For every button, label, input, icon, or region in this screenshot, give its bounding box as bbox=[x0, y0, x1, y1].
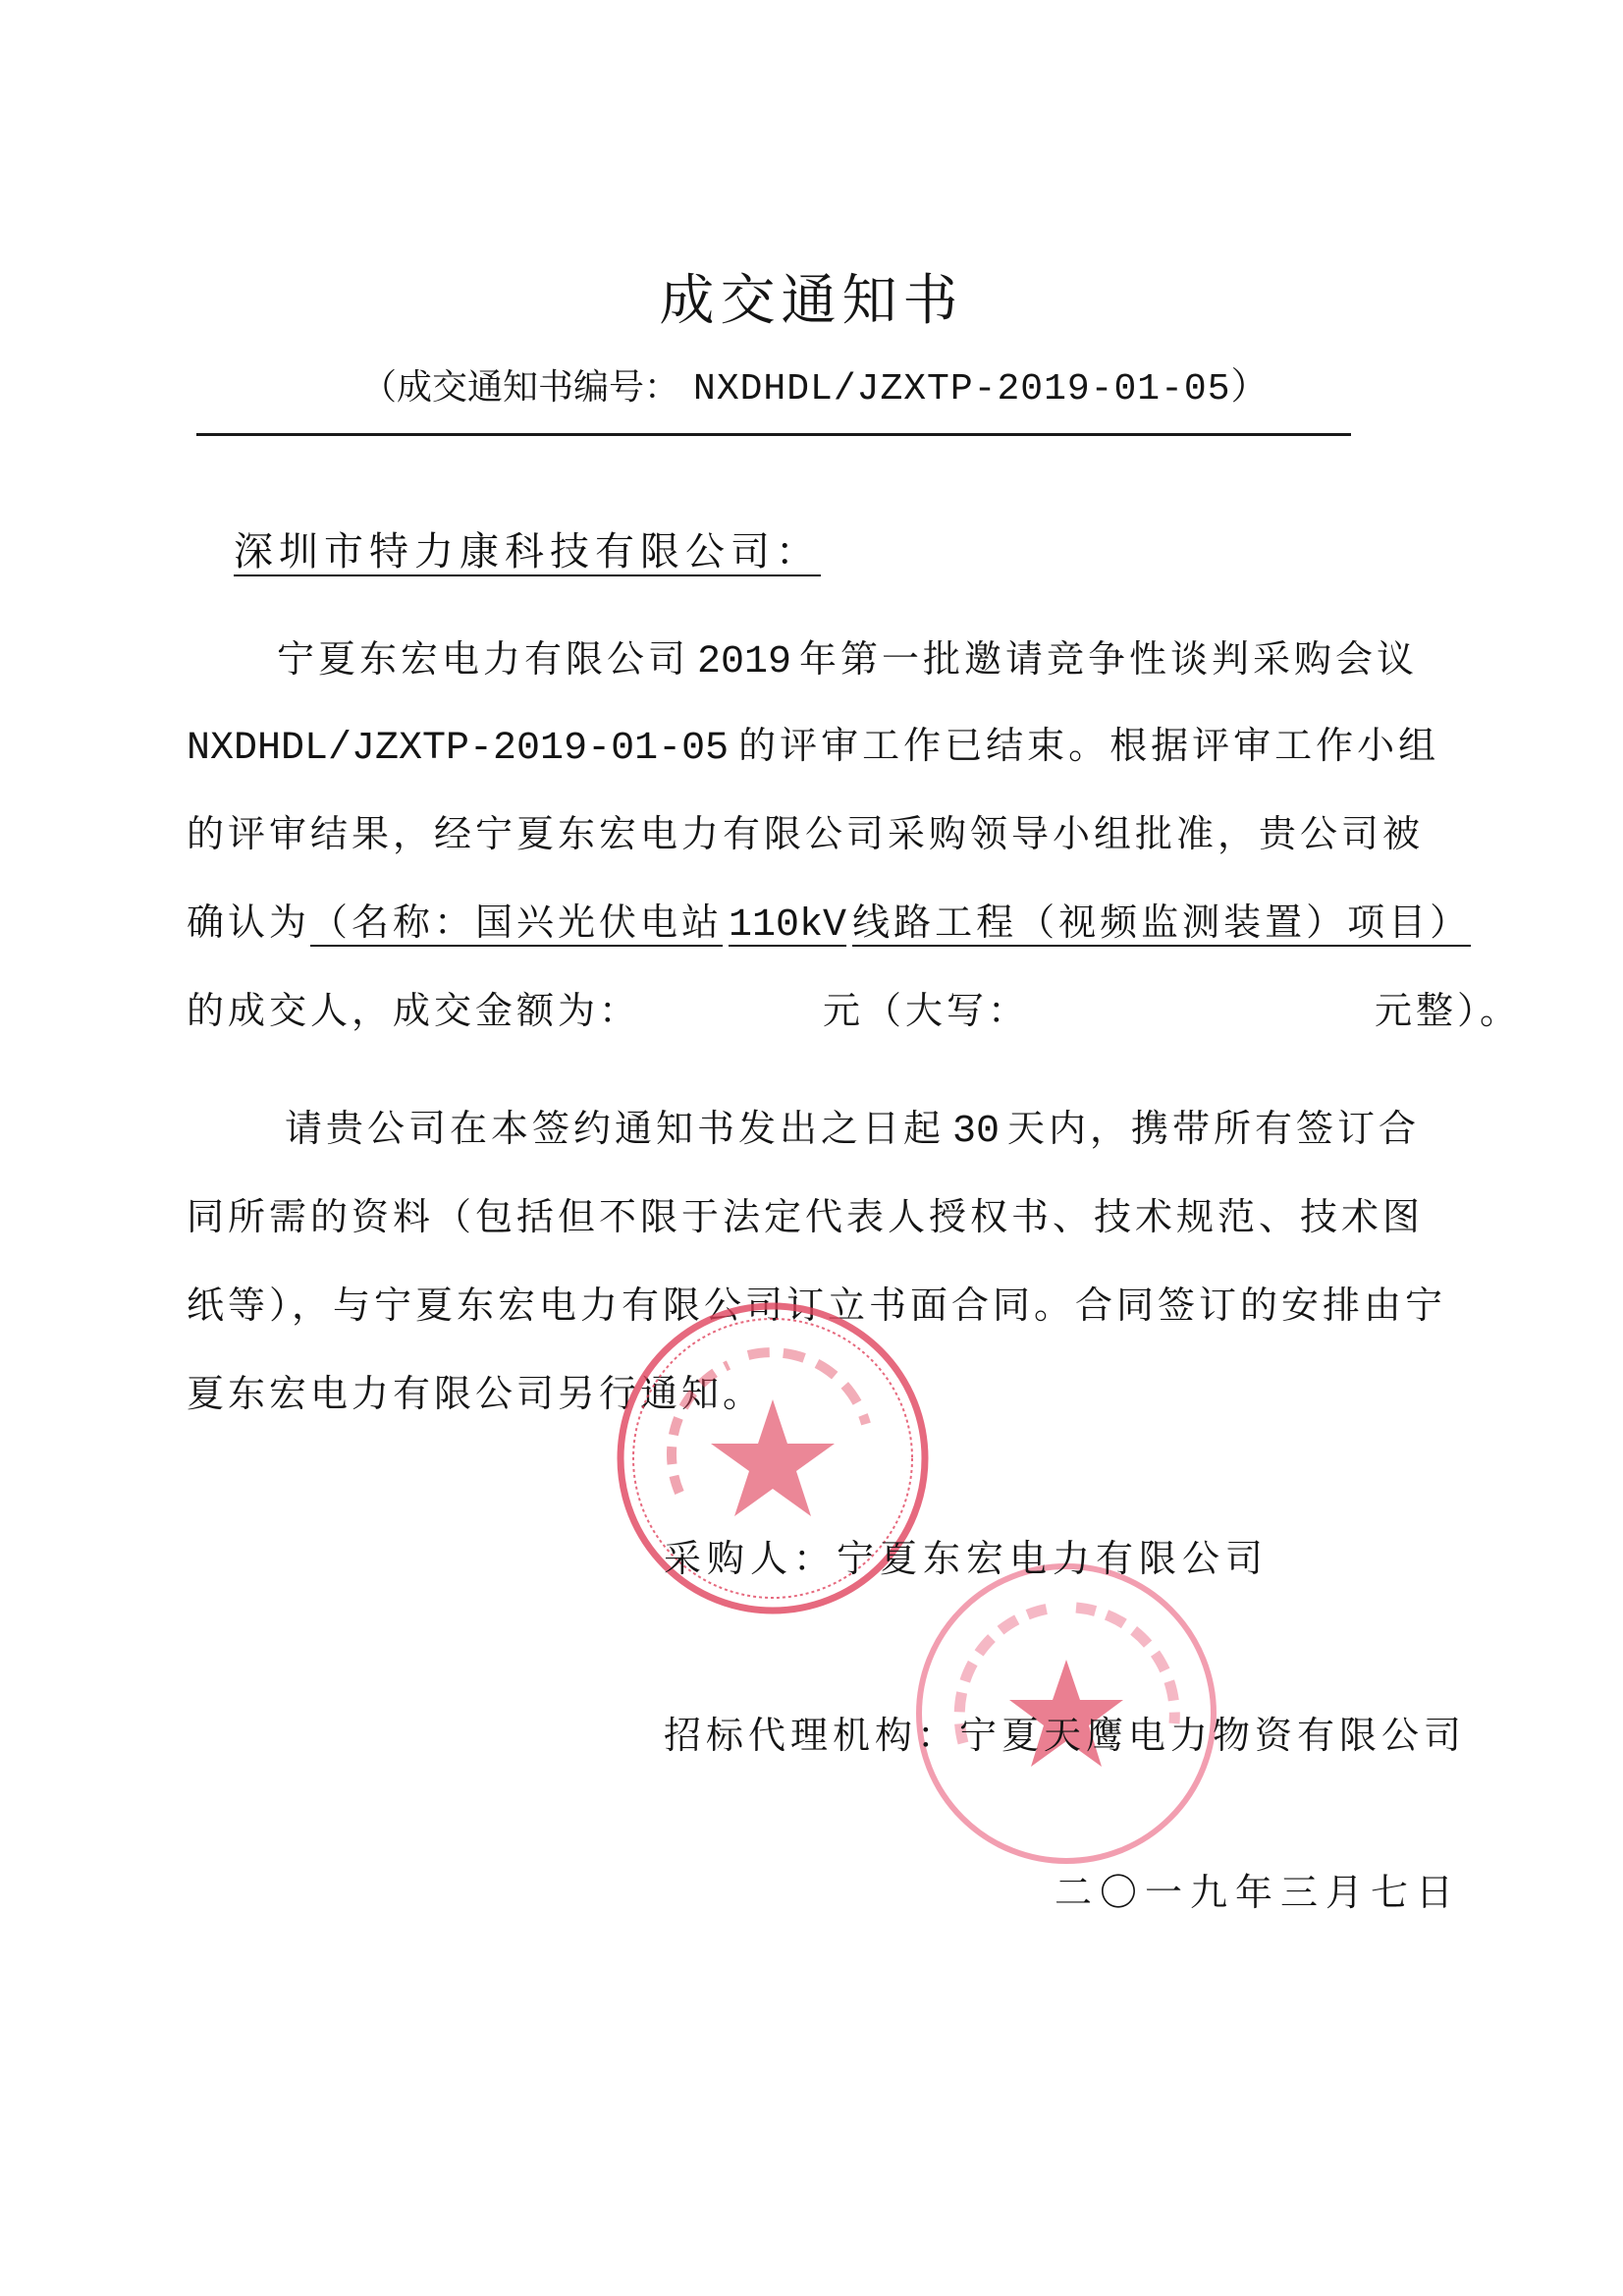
document-page: 成交通知书 （成交通知书编号：NXDHDL/JZXTP-2019-01-05） … bbox=[0, 0, 1623, 2296]
paragraph2-line1: 请贵公司在本签约通知书发出之日起30天内，携带所有签订合 bbox=[285, 1098, 1420, 1154]
document-number-value: NXDHDL/JZXTP-2019-01-05） bbox=[693, 368, 1270, 410]
document-number: （成交通知书编号：NXDHDL/JZXTP-2019-01-05） bbox=[361, 355, 1270, 410]
paragraph1-line3: 的评审结果，经宁夏东宏电力有限公司采购领导小组批准，贵公司被 bbox=[187, 803, 1424, 857]
paragraph2-line2: 同所需的资料（包括但不限于法定代表人授权书、技术规范、技术图 bbox=[187, 1186, 1424, 1240]
document-number-label: （成交通知书编号： bbox=[361, 367, 679, 408]
paragraph2-line3: 纸等），与宁夏东宏电力有限公司订立书面合同。合同签订的安排由宁 bbox=[187, 1275, 1446, 1329]
header-divider bbox=[196, 433, 1351, 436]
paragraph1-line2: NXDHDL/JZXTP-2019-01-05的评审工作已结束。根据评审工作小组 bbox=[187, 715, 1439, 771]
agent-signature: 招标代理机构：宁夏天鹰电力物资有限公司 bbox=[664, 1705, 1466, 1759]
addressee: 深圳市特力康科技有限公司： bbox=[234, 520, 821, 576]
paragraph1-line4: 确认为（名称：国兴光伏电站110kV线路工程（视频监测装置）项目） bbox=[187, 892, 1471, 948]
paragraph1-line1: 宁夏东宏电力有限公司2019年第一批邀请竞争性谈判采购会议 bbox=[277, 629, 1418, 684]
issue-date: 二〇一九年三月七日 bbox=[1055, 1862, 1461, 1916]
purchaser-signature: 采购人：宁夏东宏电力有限公司 bbox=[664, 1528, 1269, 1582]
paragraph2-line4: 夏东宏电力有限公司另行通知。 bbox=[187, 1363, 764, 1417]
paragraph1-line5: 的成交人，成交金额为：元（大写：元整）。 bbox=[187, 980, 1521, 1034]
project-name: （名称：国兴光伏电站110kV线路工程（视频监测装置）项目） bbox=[310, 901, 1471, 944]
page-title: 成交通知书 bbox=[0, 257, 1623, 336]
